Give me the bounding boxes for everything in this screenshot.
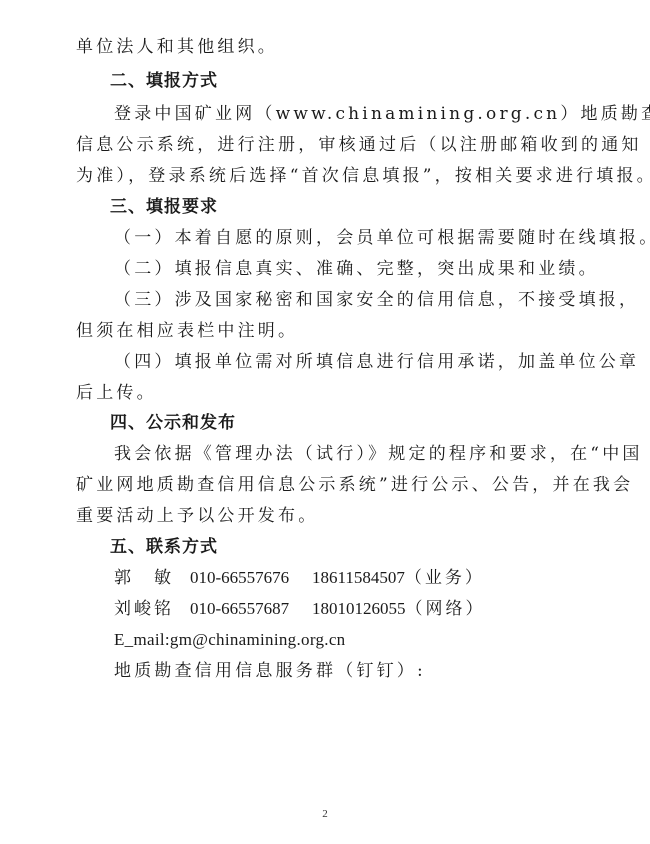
- contact-tag: （网络）: [406, 598, 486, 620]
- contact-name: 刘峻铭: [114, 598, 190, 620]
- contact-row: 郭 敏010-6655767618611584507（业务）: [114, 567, 614, 589]
- paragraph-line: 但须在相应表栏中注明。: [76, 320, 576, 342]
- paragraph-line: 我会依据《管理办法（试行）》规定的程序和要求，在“中国: [114, 443, 614, 465]
- contact-tag: （业务）: [405, 567, 485, 589]
- contact-email: E_mail:gm@chinamining.org.cn: [114, 629, 614, 651]
- paragraph-line: 登录中国矿业网（www.chinamining.org.cn）地质勘查信用: [114, 103, 614, 125]
- paragraph-line: 为准），登录系统后选择“首次信息填报”，按相关要求进行填报。: [76, 165, 576, 187]
- section-heading-4: 四、公示和发布: [110, 412, 610, 434]
- service-group-label: 地质勘查信用信息服务群（钉钉）:: [114, 660, 614, 682]
- section-heading-5: 五、联系方式: [110, 536, 610, 558]
- contact-row: 刘峻铭010-6655768718010126055（网络）: [114, 598, 614, 620]
- paragraph-line: （二）填报信息真实、准确、完整，突出成果和业绩。: [114, 258, 614, 280]
- contact-mobile: 18611584507: [312, 567, 405, 589]
- section-heading-3: 三、填报要求: [110, 196, 610, 218]
- contact-tel: 010-66557687: [190, 598, 312, 620]
- paragraph-line: （一）本着自愿的原则，会员单位可根据需要随时在线填报。: [114, 227, 614, 249]
- paragraph-line: （三）涉及国家秘密和国家安全的信用信息，不接受填报，: [114, 289, 614, 311]
- contact-tel: 010-66557676: [190, 567, 312, 589]
- paragraph-line: 矿业网地质勘查信用信息公示系统”进行公示、公告，并在我会: [76, 474, 576, 496]
- paragraph-line: 重要活动上予以公开发布。: [76, 505, 576, 527]
- section-heading-2: 二、填报方式: [110, 70, 610, 92]
- contact-name: 郭 敏: [114, 567, 190, 589]
- paragraph-line: （四）填报单位需对所填信息进行信用承诺，加盖单位公章: [114, 351, 614, 373]
- contact-mobile: 18010126055: [312, 598, 406, 620]
- page-number: 2: [0, 808, 650, 820]
- paragraph-line: 单位法人和其他组织。: [76, 36, 576, 58]
- paragraph-line: 后上传。: [76, 382, 576, 404]
- paragraph-line: 信息公示系统，进行注册，审核通过后（以注册邮箱收到的通知: [76, 134, 576, 156]
